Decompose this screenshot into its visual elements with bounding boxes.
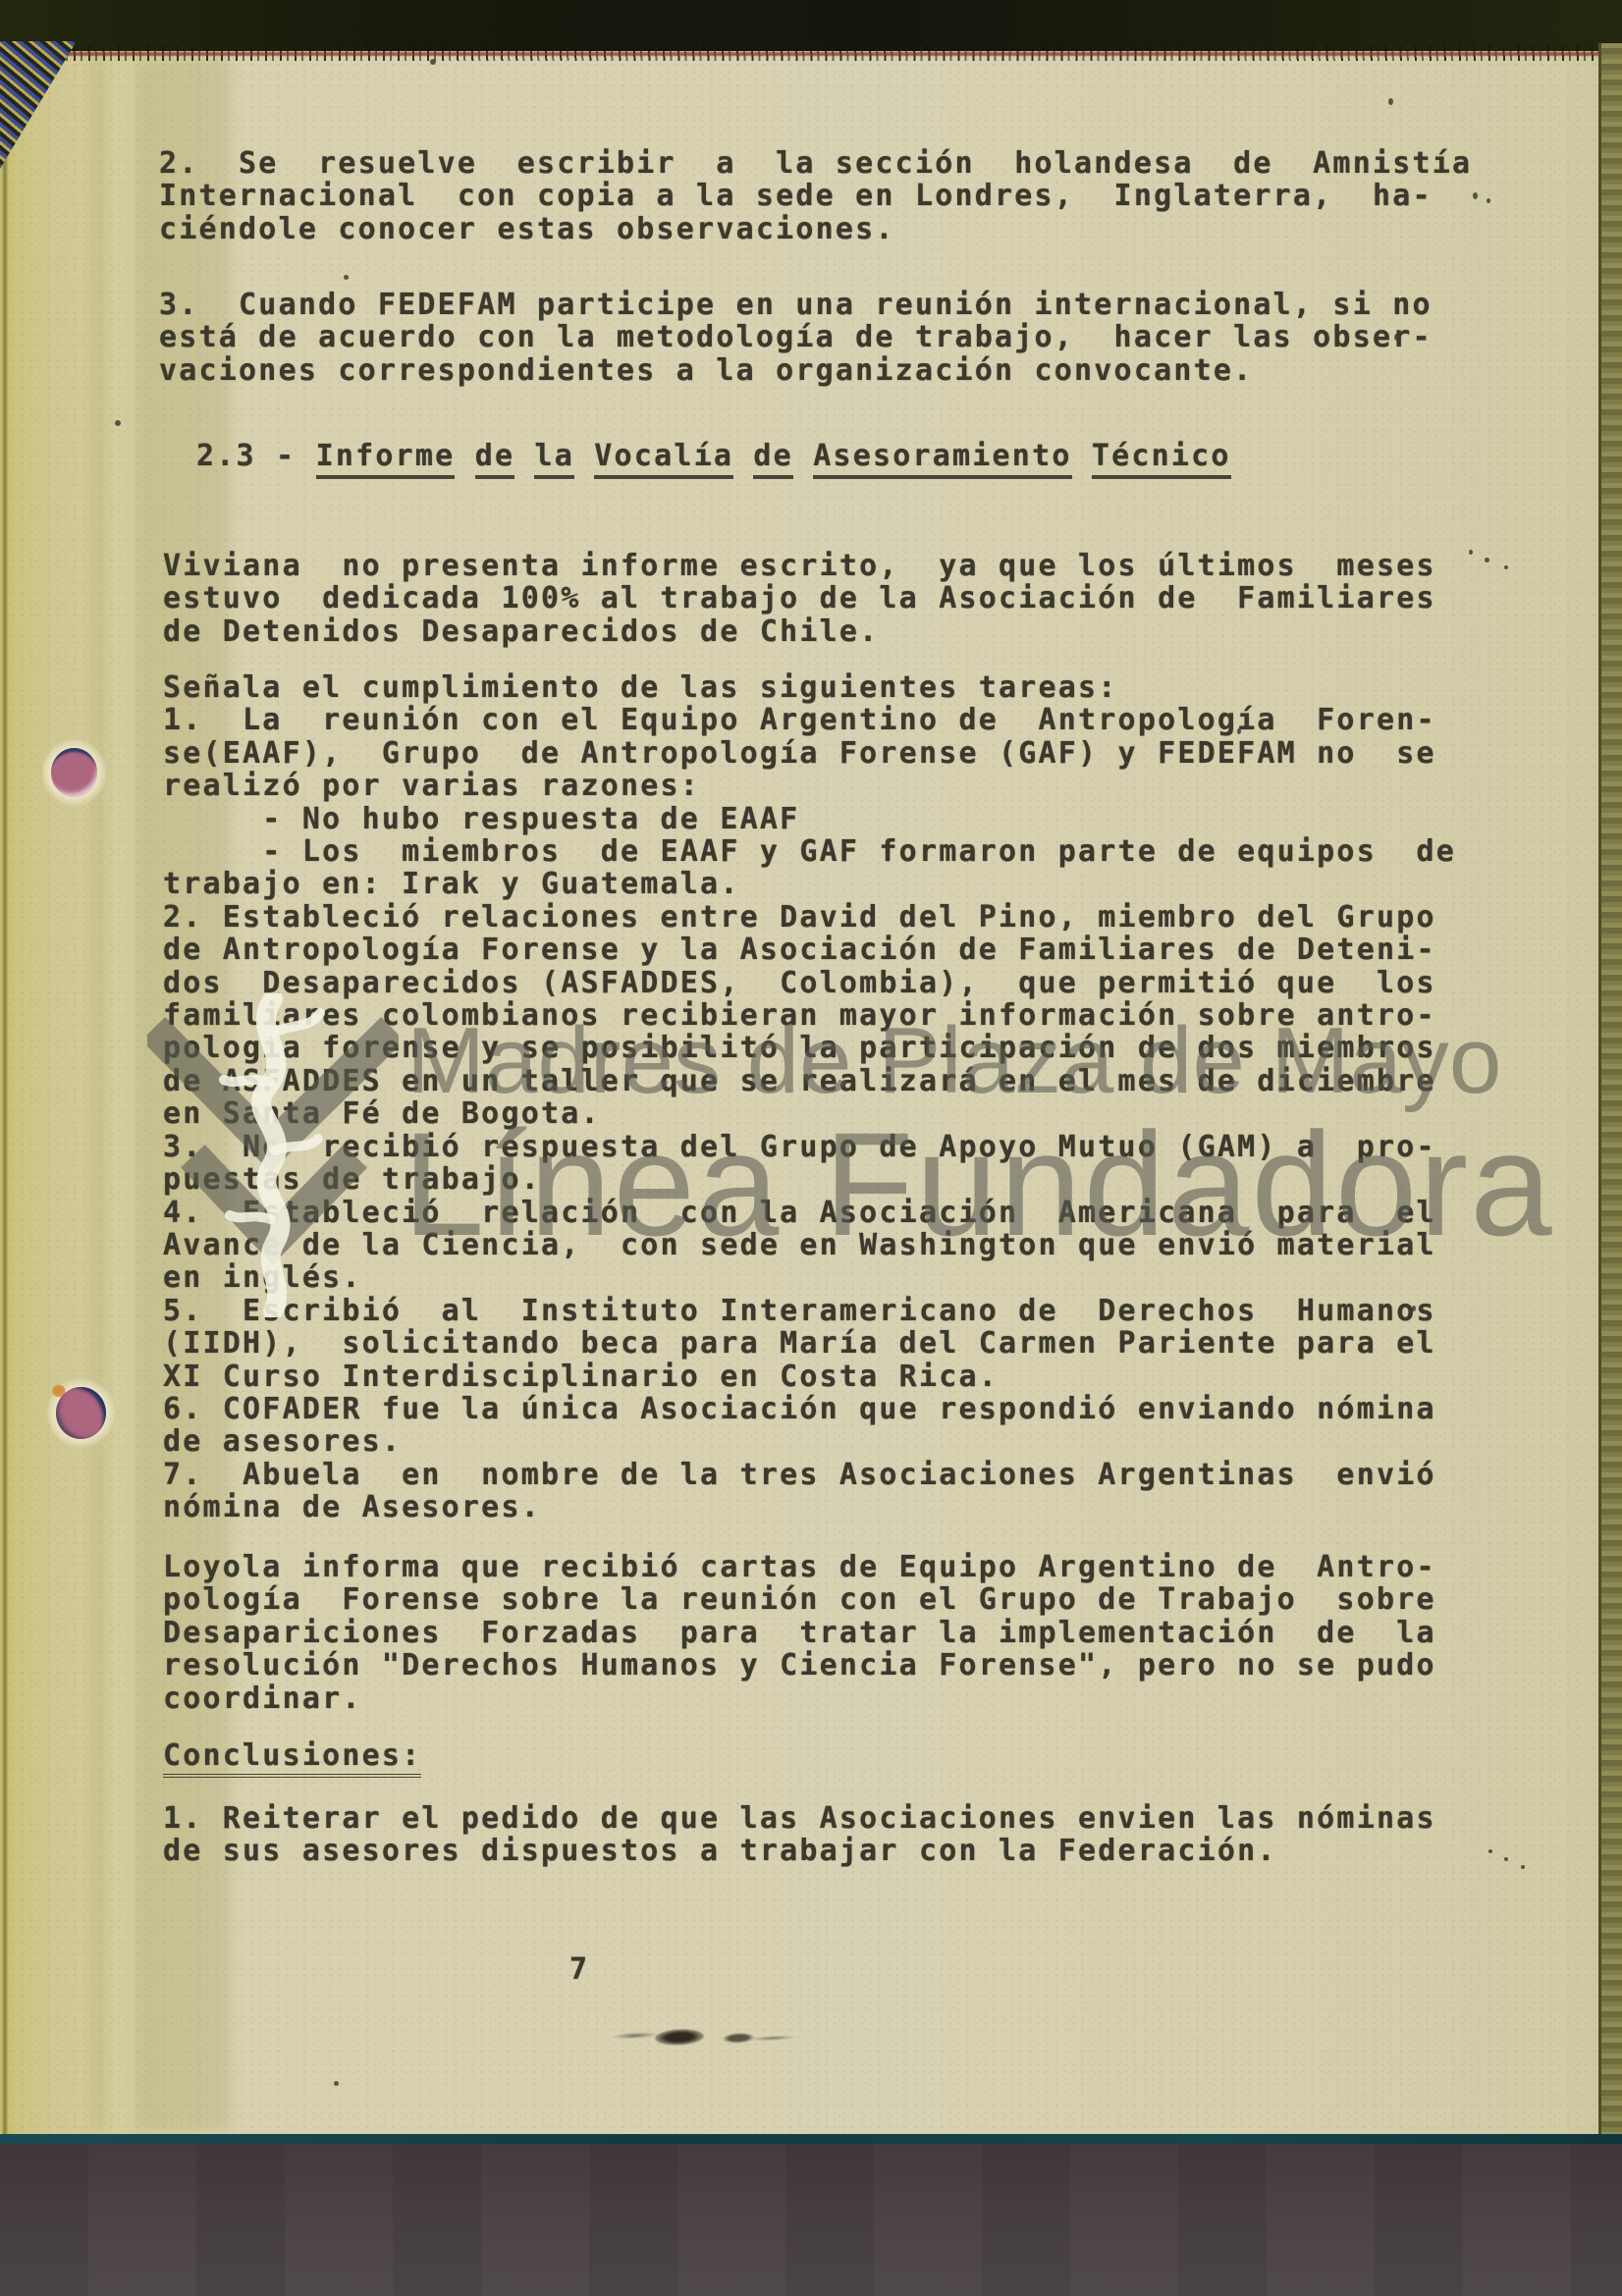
scan-streak [90, 59, 106, 2130]
ink-speck [1488, 1849, 1492, 1853]
heading-word: la [534, 439, 574, 479]
heading-word: Asesoramiento [813, 439, 1071, 479]
heading-word: Informe [316, 439, 456, 479]
scanned-document-page: 2. Se resuelve escribir a la sección hol… [0, 0, 1622, 2296]
watermark-line-2: Línea Fundadora [403, 1099, 1554, 1269]
scanner-backing [0, 2144, 1622, 2296]
ink-speck [1469, 550, 1473, 555]
page-number: 7 [569, 1953, 589, 1986]
ink-speck [1504, 1857, 1508, 1861]
conclusiones-label: Conclusiones: [163, 1738, 421, 1778]
paragraph-item-3: 3. Cuando FEDEFAM participe en una reuni… [159, 289, 1433, 387]
heading-word: de [753, 439, 793, 479]
paragraph-loyola: Loyola informa que recibió cartas de Equ… [163, 1551, 1436, 1715]
ink-speck [344, 275, 349, 280]
section-heading-prefix: 2.3 - [196, 439, 316, 473]
ink-speck [1473, 192, 1478, 199]
conclusiones-heading: Conclusiones: [163, 1739, 421, 1772]
ink-speck [1504, 565, 1508, 569]
ink-speck [1487, 198, 1490, 203]
ink-speck [115, 420, 121, 426]
heading-word: Vocalía [594, 439, 733, 479]
scan-edge-red-line [54, 52, 1600, 56]
ink-speck [1388, 98, 1393, 105]
section-heading-words: Informe de la Vocalía de Asesoramiento T… [316, 439, 1231, 479]
scan-top-edge [0, 0, 1622, 51]
page-bottom-edge [0, 2134, 1622, 2144]
paragraph-viviana: Viviana no presenta informe escrito, ya … [163, 550, 1436, 648]
ink-speck [430, 59, 436, 65]
paragraph-item-2: 2. Se resuelve escribir a la sección hol… [159, 147, 1472, 245]
heading-word: de [475, 439, 515, 479]
ink-speck [1521, 1865, 1525, 1869]
heading-word: Técnico [1092, 439, 1231, 479]
section-heading: 2.3 - Informe de la Vocalía de Asesorami… [196, 440, 1231, 472]
ink-speck [334, 2081, 339, 2086]
page-fold-line [3, 118, 7, 2136]
madres-panuelo-logo [147, 993, 399, 1317]
ink-speck [1485, 558, 1489, 562]
paragraph-conclusion-1: 1. Reiterar el pedido de que las Asociac… [163, 1802, 1436, 1868]
scan-right-edge [1598, 43, 1622, 2140]
hole-punch-bottom [56, 1387, 106, 1439]
hole-punch-top [51, 748, 97, 797]
